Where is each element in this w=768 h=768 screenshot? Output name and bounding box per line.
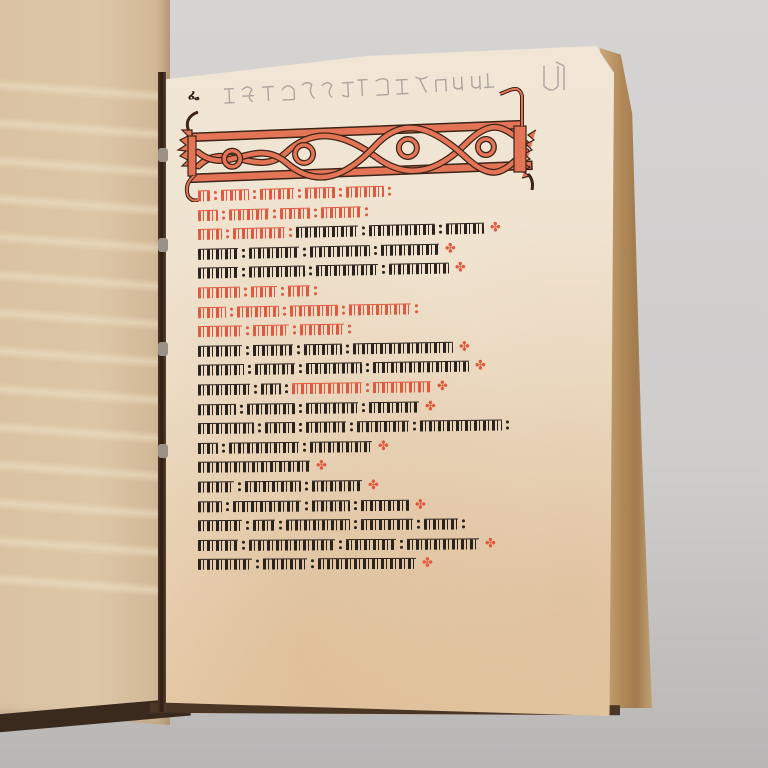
manuscript-word — [198, 461, 310, 473]
word-separator — [362, 403, 365, 412]
manuscript-word — [312, 480, 362, 491]
manuscript-text-block: መዝሙረ፡ዳዊት፡ቅመስሐ፡ግኔቱ፡ወቆስተብብእ፡ሽሎ፡ዙጊያቴ፡✤ወቅስተብ… — [198, 182, 558, 574]
red-cross-mark-icon: ✤ — [316, 460, 327, 473]
manuscript-word — [198, 404, 236, 415]
manuscript-word — [292, 382, 362, 394]
word-separator — [248, 366, 251, 375]
manuscript-word — [349, 303, 411, 315]
word-separator — [273, 209, 276, 218]
manuscript-word — [316, 265, 378, 277]
sewing-stitch — [158, 342, 168, 356]
page-ripple — [0, 77, 170, 104]
word-separator — [240, 405, 243, 414]
red-cross-mark-icon: ✤ — [490, 222, 501, 235]
word-separator — [303, 248, 306, 257]
word-separator — [350, 423, 353, 432]
manuscript-word — [198, 481, 234, 492]
manuscript-word — [245, 481, 301, 492]
red-cross-mark-icon: ✤ — [485, 537, 496, 550]
manuscript-word — [310, 441, 372, 453]
left-blank-page — [0, 0, 170, 725]
manuscript-word — [198, 248, 238, 260]
word-separator — [258, 424, 261, 433]
word-separator — [417, 520, 420, 529]
red-cross-mark-icon: ✤ — [422, 557, 433, 570]
word-separator — [374, 246, 377, 255]
manuscript-word — [229, 442, 299, 454]
manuscript-word — [198, 345, 242, 357]
manuscript-word — [198, 287, 240, 299]
word-separator — [214, 191, 217, 200]
red-cross-mark-icon: ✤ — [445, 242, 456, 255]
word-separator — [299, 423, 302, 432]
page-ripple — [0, 343, 170, 370]
manuscript-word — [346, 539, 396, 550]
manuscript-line: ዳእሙ፡ከመ፡መሬት፡ዘይግሕፎ፡ነፋስ — [198, 514, 558, 536]
sewing-stitch — [158, 444, 168, 458]
manuscript-word — [389, 263, 449, 275]
manuscript-word — [249, 266, 305, 278]
manuscript-word — [198, 268, 238, 280]
word-separator — [339, 188, 342, 197]
full-stop-separator — [314, 286, 317, 295]
manuscript-word — [251, 286, 277, 297]
manuscript-word — [305, 187, 335, 199]
red-cross-mark-icon: ✤ — [415, 498, 426, 511]
word-separator — [297, 345, 300, 354]
manuscript-word — [260, 188, 294, 200]
word-separator — [366, 364, 369, 373]
manuscript-word — [321, 206, 361, 218]
manuscript-word — [198, 210, 218, 221]
manuscript-word — [198, 365, 244, 377]
manuscript-word — [369, 224, 435, 236]
manuscript-word — [261, 384, 281, 395]
manuscript-line: ✤ወኵሉ፡ዘገብረ፡ይፌጽም — [198, 474, 558, 497]
word-separator — [238, 482, 241, 491]
page-ripple — [0, 267, 170, 294]
manuscript-word — [233, 500, 301, 512]
word-separator — [305, 501, 308, 510]
word-separator — [285, 384, 288, 393]
manuscript-word — [198, 559, 252, 570]
manuscript-word — [424, 519, 458, 530]
manuscript-word — [198, 443, 218, 454]
word-separator — [222, 210, 225, 219]
word-separator — [299, 365, 302, 374]
full-stop-separator — [365, 207, 368, 216]
word-separator — [362, 227, 365, 236]
manuscript-word — [198, 229, 222, 241]
manuscript-word — [346, 186, 384, 198]
word-separator — [222, 444, 225, 453]
word-separator — [354, 501, 357, 510]
manuscript-word — [198, 423, 254, 435]
word-separator — [283, 307, 286, 316]
manuscript-word — [198, 384, 250, 396]
sewing-stitch — [158, 148, 168, 162]
manuscript-word — [255, 364, 295, 376]
word-separator — [298, 189, 301, 198]
manuscript-word — [312, 500, 350, 511]
word-separator — [366, 383, 369, 392]
word-separator — [281, 287, 284, 296]
word-separator — [226, 502, 229, 511]
word-separator — [413, 422, 416, 431]
page-ripple — [0, 229, 170, 256]
manuscript-word — [290, 305, 338, 317]
manuscript-word — [247, 403, 295, 415]
word-separator — [279, 521, 282, 530]
manuscript-word — [286, 520, 350, 531]
manuscript-word — [221, 189, 249, 201]
word-separator — [305, 482, 308, 491]
manuscript-word — [253, 344, 293, 356]
manuscript-word — [318, 558, 416, 569]
manuscript-word — [253, 325, 289, 337]
full-stop-separator — [462, 520, 465, 529]
manuscript-word — [229, 208, 269, 220]
manuscript-word — [249, 539, 335, 550]
manuscript-word — [361, 519, 413, 530]
manuscript-word — [373, 381, 431, 393]
word-separator — [303, 443, 306, 452]
word-separator — [242, 541, 245, 550]
word-separator — [342, 305, 345, 314]
manuscript-word — [288, 286, 310, 297]
full-stop-separator — [388, 187, 391, 196]
word-separator — [246, 346, 249, 355]
manuscript-word — [373, 361, 469, 373]
word-separator — [311, 560, 314, 569]
manuscript-word — [263, 559, 307, 570]
page-ripple — [0, 305, 170, 332]
full-stop-separator — [506, 421, 509, 430]
red-cross-mark-icon: ✤ — [455, 262, 466, 275]
page-ripple — [0, 381, 170, 408]
word-separator — [253, 190, 256, 199]
manuscript-word — [446, 223, 484, 235]
page-ripple — [0, 495, 170, 522]
red-cross-mark-icon: ✤ — [459, 341, 470, 354]
word-separator — [242, 268, 245, 277]
manuscript-word — [198, 540, 238, 551]
word-separator — [230, 307, 233, 316]
full-stop-separator — [348, 325, 351, 334]
manuscript-word — [306, 363, 362, 375]
word-separator — [293, 326, 296, 335]
word-separator — [289, 228, 292, 237]
manuscript-word — [198, 501, 222, 512]
word-separator — [382, 266, 385, 275]
manuscript-word — [198, 307, 226, 319]
manuscript-word — [306, 422, 346, 433]
manuscript-word — [357, 421, 409, 433]
manuscript-word — [353, 342, 453, 355]
manuscript-word — [233, 228, 285, 240]
word-separator — [246, 521, 249, 530]
red-cross-mark-icon: ✤ — [475, 360, 486, 373]
manuscript-word — [407, 538, 479, 549]
manuscript-word — [198, 520, 242, 531]
manuscript-word — [420, 420, 502, 432]
red-cross-mark-icon: ✤ — [425, 400, 436, 413]
photo-scene: ፌ — [0, 0, 768, 768]
word-separator — [346, 345, 349, 354]
full-stop-separator — [415, 304, 418, 313]
word-separator — [246, 327, 249, 336]
manuscript-word — [310, 245, 370, 257]
manuscript-word — [280, 207, 310, 219]
word-separator — [299, 404, 302, 413]
word-separator — [242, 249, 245, 258]
page-ripple — [0, 153, 170, 180]
word-separator — [244, 288, 247, 297]
page-ripple — [0, 457, 170, 484]
manuscript-word — [361, 500, 409, 511]
manuscript-line: ✤በእንተዝ፡ኢይትነሥኡ፡ረሲዓን፡እምደይን — [198, 534, 558, 556]
manuscript-word — [381, 244, 439, 256]
manuscript-word — [304, 344, 342, 356]
manuscript-word — [249, 247, 299, 259]
word-separator — [226, 230, 229, 239]
word-separator — [339, 540, 342, 549]
manuscript-word — [300, 324, 344, 336]
word-separator — [254, 385, 257, 394]
manuscript-word — [306, 402, 358, 414]
manuscript-line: ✤ወኢኃጥኣን፡ውስተ፡ምክረ፡ጻድቃን — [198, 553, 558, 574]
page-ripple — [0, 115, 170, 142]
sewing-stitch — [158, 238, 168, 252]
manuscript-word — [237, 306, 279, 318]
manuscript-word — [198, 326, 242, 338]
page-ripple — [0, 191, 170, 218]
word-separator — [256, 560, 259, 569]
binding-gutter — [158, 72, 166, 712]
word-separator — [439, 225, 442, 234]
manuscript-word — [198, 190, 210, 201]
word-separator — [354, 521, 357, 530]
word-separator — [400, 540, 403, 549]
manuscript-word — [253, 520, 275, 531]
manuscript-line: ✤አኮ፡ከመዝ፡ኃጥኣን፡አኮ፡ከመዝ — [198, 494, 558, 516]
page-ripple — [0, 571, 170, 598]
word-separator — [314, 208, 317, 217]
word-separator — [309, 267, 312, 276]
manuscript-word — [265, 422, 295, 433]
red-cross-mark-icon: ✤ — [378, 440, 389, 453]
red-cross-mark-icon: ✤ — [368, 479, 379, 492]
red-cross-mark-icon: ✤ — [437, 380, 448, 393]
page-ripple — [0, 533, 170, 560]
manuscript-word — [296, 226, 358, 238]
manuscript-word — [369, 401, 419, 413]
page-ripple — [0, 419, 170, 446]
